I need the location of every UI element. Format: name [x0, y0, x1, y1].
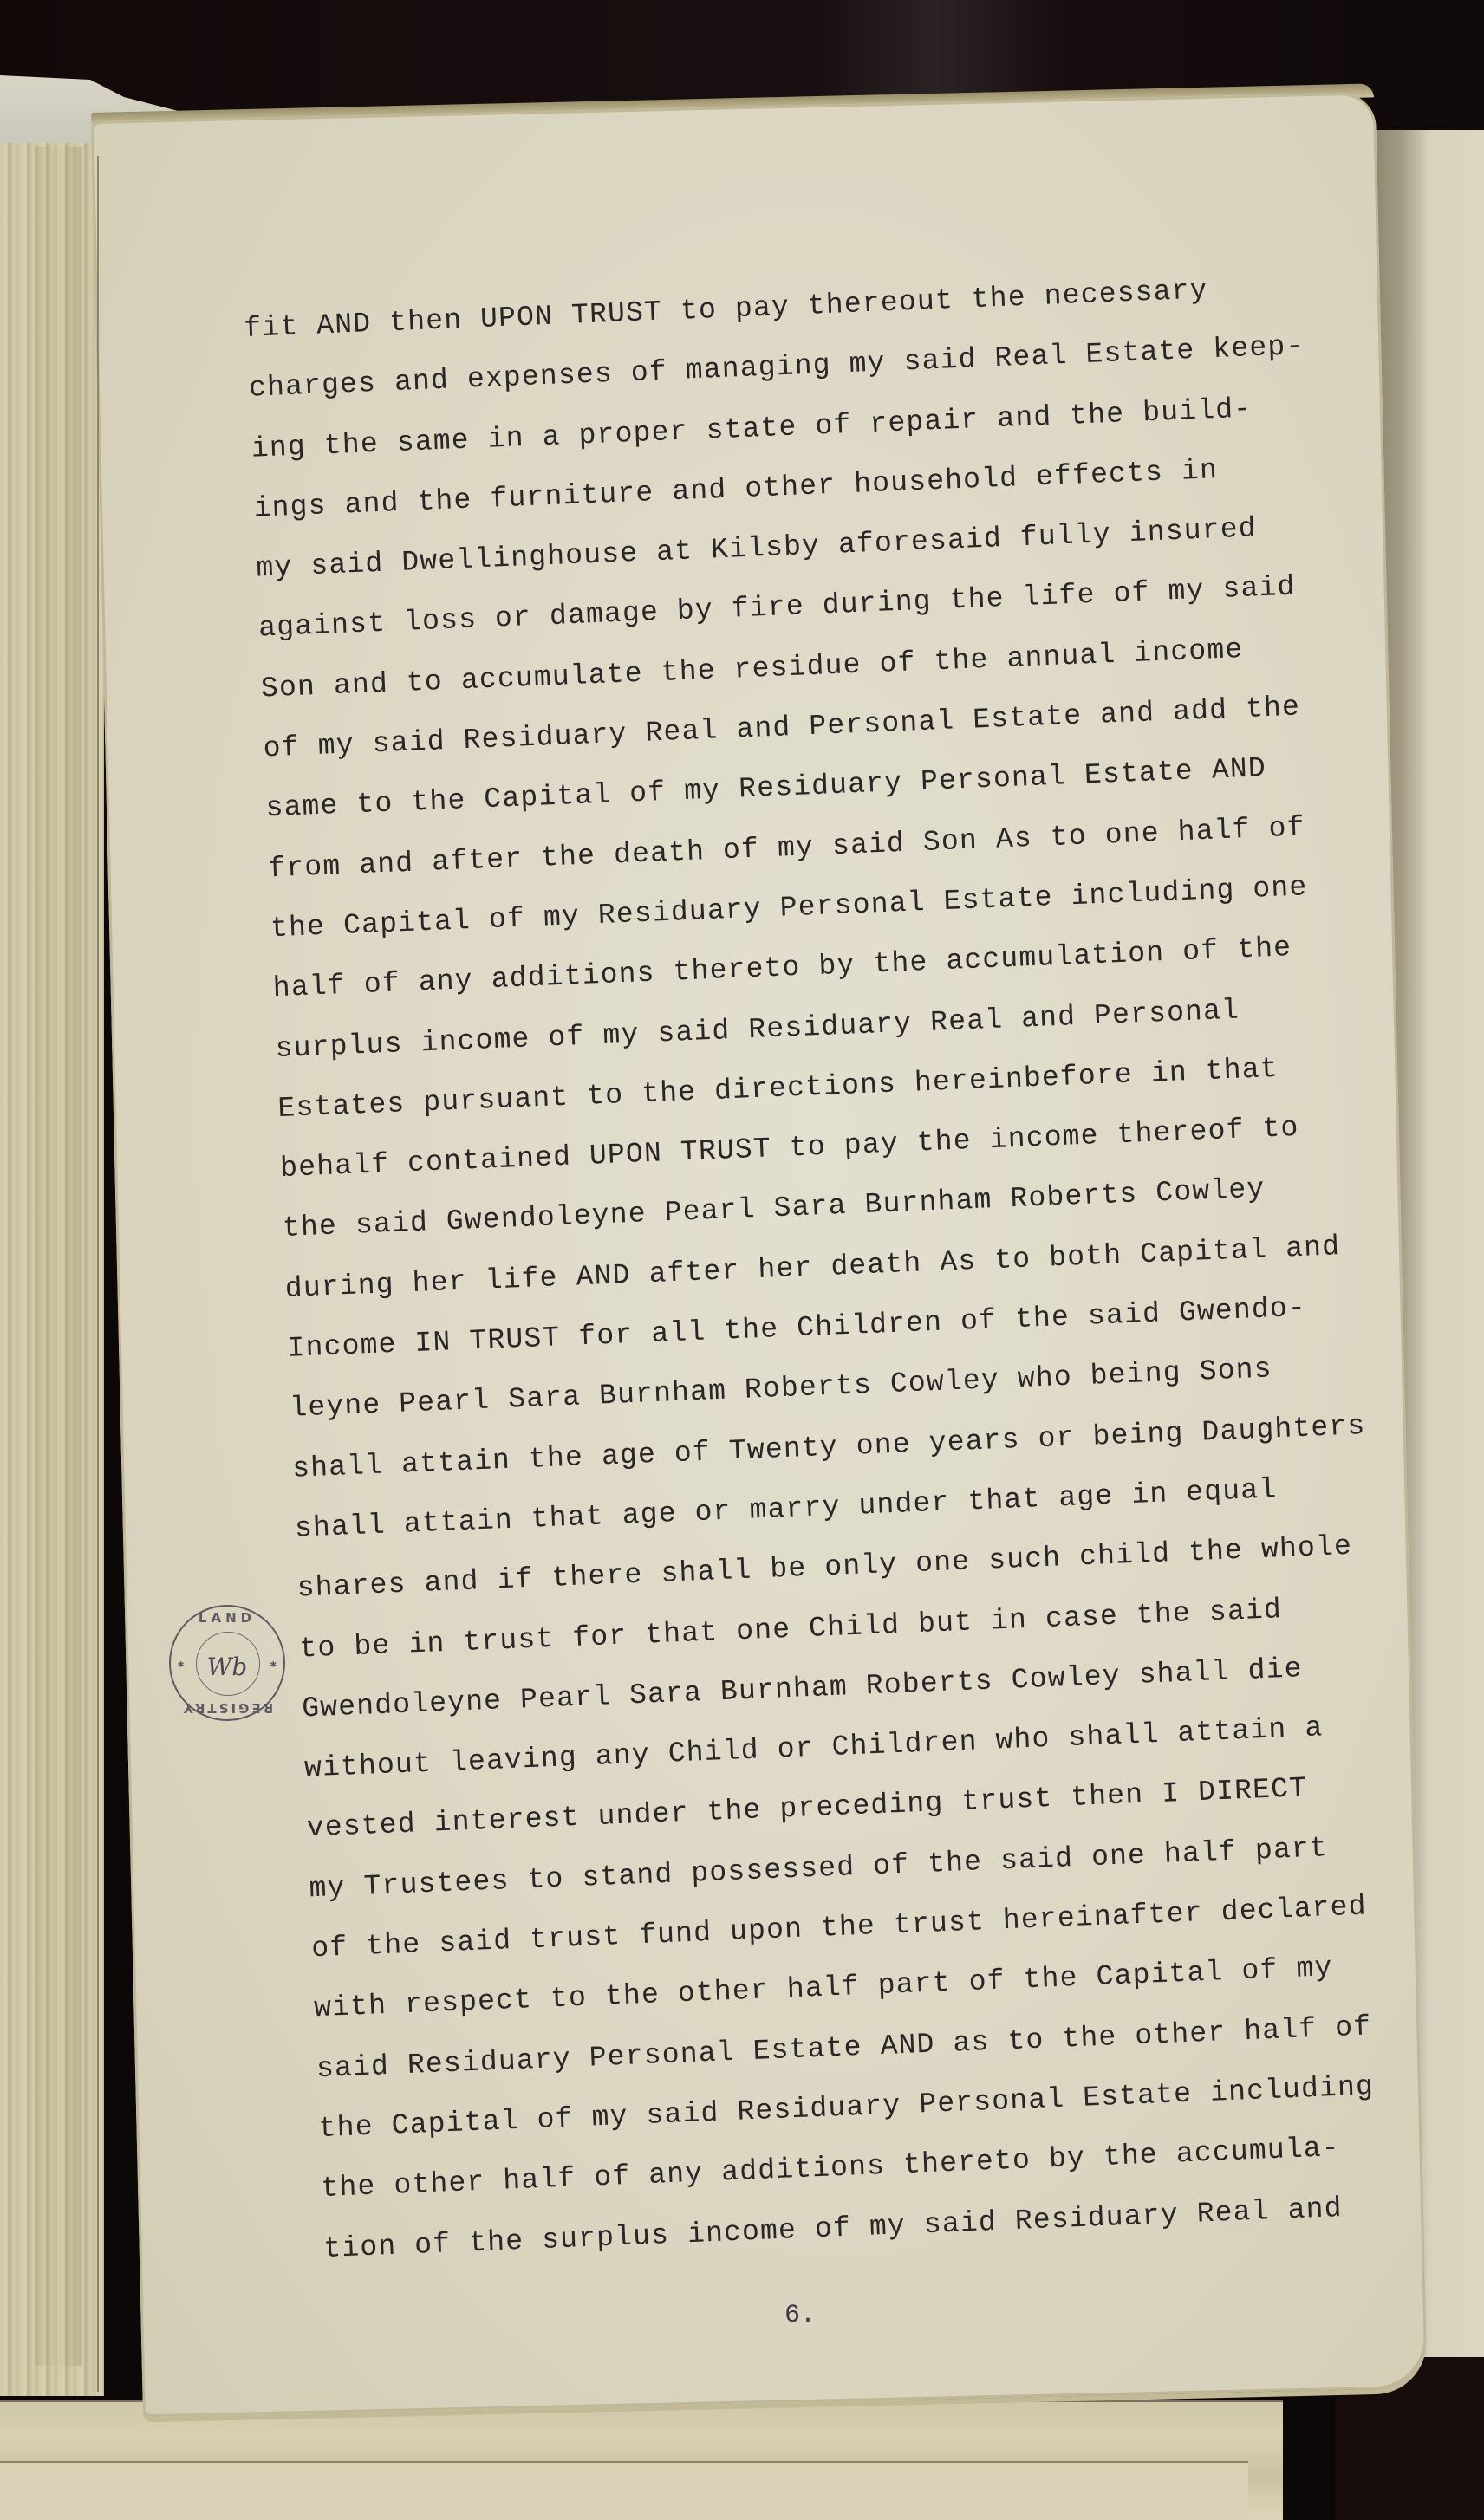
document-body: fit AND then UPON TRUST to pay thereout … — [243, 254, 1448, 2279]
stamp-initials: Wb — [171, 1653, 283, 1681]
stamp-star-icon: ✱ — [270, 1658, 277, 1671]
stamp-text-registry: REGISTRY — [171, 1700, 283, 1716]
land-registry-stamp: REGISTRY Wb ✱ ✱ LAND — [169, 1605, 285, 1721]
page-stack-bottom-lower — [0, 2461, 1248, 2520]
page-stack-shadow — [35, 147, 82, 2366]
page-number: 6. — [784, 2301, 816, 2330]
stamp-star-icon: ✱ — [178, 1658, 184, 1671]
binding-gutter — [97, 156, 99, 2392]
stamp-text-land: LAND — [171, 1610, 283, 1626]
